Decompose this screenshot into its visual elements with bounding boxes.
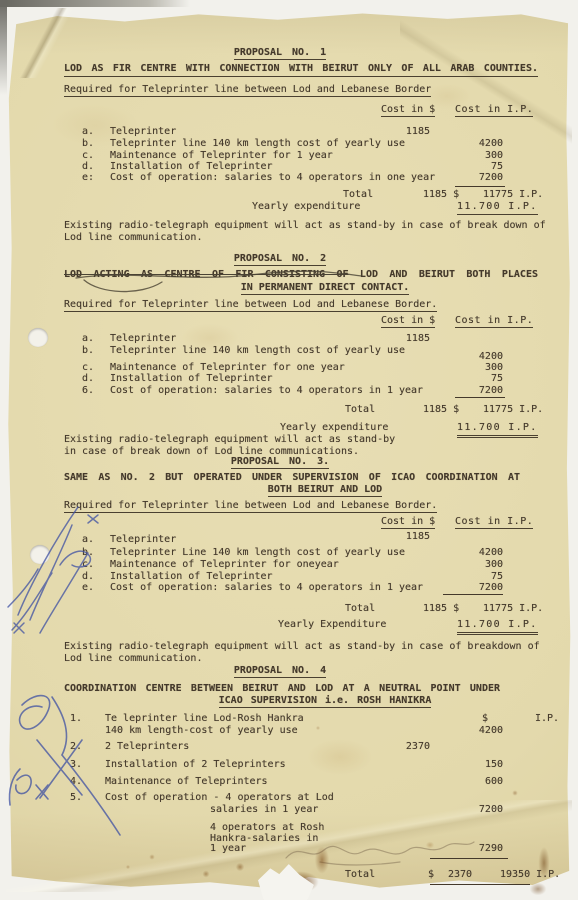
table-row: a.Teleprinter1185 [0, 534, 578, 546]
proposal-1-heading: PROPOSAL NO. 1 [40, 47, 520, 59]
column-header-cost-ip: Cost in I.P. [455, 516, 533, 528]
proposal-1-total-row: Total1185 $11775 I.P. [0, 189, 578, 201]
column-header-cost-ip: Cost in I.P. [455, 315, 533, 327]
total-rule [430, 858, 508, 859]
table-row: 4.Maintenance of Teleprinters600 [0, 776, 578, 788]
proposal-2-heading: PROPOSAL NO. 2 [40, 253, 520, 265]
table-row: 1 year7290 [0, 843, 578, 855]
total-rule [443, 594, 503, 595]
proposal-2-note: Existing radio-telegraph equipment will … [64, 434, 395, 446]
table-row: 5.Cost of operation - 4 operators at Lod [0, 792, 578, 804]
proposal-4-heading: PROPOSAL NO. 4 [40, 665, 520, 677]
column-header-cost-ip: Cost in I.P. [455, 104, 533, 116]
proposal-1-required: Required for Teleprinter line between Lo… [64, 84, 431, 96]
table-row: a.Teleprinter1185 [0, 333, 578, 345]
proposal-4-title-line2: ICAO SUPERVISION i.e. ROSH HANIKRA [135, 695, 515, 707]
proposal-3-yearly-row: Yearly Expenditure11.700 I.P. [0, 619, 578, 631]
table-row: e:Cost of operation: salaries to 4 opera… [0, 172, 578, 184]
proposal-2-required: Required for Teleprinter line between Lo… [64, 299, 437, 311]
proposal-1-yearly-row: Yearly expenditure11.700 I.P. [0, 201, 578, 213]
table-row: e.Cost of operation: salaries to 4 opera… [0, 582, 578, 594]
table-row: 6.Cost of operation: salaries to 4 opera… [0, 385, 578, 397]
column-header-cost-dollar: Cost in $ [381, 104, 435, 116]
scan-edge [0, 0, 7, 95]
proposal-3-note: Lod line communication. [64, 653, 202, 665]
proposal-4-title-line1: COORDINATION CENTRE BETWEEN BEIRUT AND L… [64, 683, 500, 695]
proposal-2-title-line2: IN PERMANENT DIRECT CONTACT. [135, 282, 515, 294]
table-row: 1.Te leprinter line Lod-Rosh Hankra$I.P. [0, 713, 578, 725]
table-row: a.Teleprinter1185 [0, 126, 578, 138]
proposal-1-note: Existing radio-telegraph equipment will … [64, 220, 546, 232]
proposal-1-note: Lod line communication. [64, 232, 202, 244]
table-row: salaries in 1 year7200 [0, 804, 578, 816]
proposal-3-total-row: Total1185 $11775 I.P. [0, 603, 578, 615]
proposal-3-heading: PROPOSAL NO. 3. [40, 456, 520, 468]
proposal-3-required: Required for Teleprinter line between Lo… [64, 500, 437, 512]
total-rule [455, 397, 505, 398]
total-rule [455, 186, 505, 187]
proposal-3-title-line1: SAME AS NO. 2 BUT OPERATED UNDER SUPERVI… [64, 472, 520, 484]
proposal-1-title: LOD AS FIR CENTRE WITH CONNECTION WITH B… [64, 63, 538, 77]
proposal-2-yearly-row: Yearly expenditure11.700 I.P. [0, 422, 578, 434]
table-row: 3.Installation of 2 Teleprinters150 [0, 759, 578, 771]
table-row: b.Teleprinter Line 140 km length cost of… [0, 547, 578, 559]
table-row: b.Teleprinter line 140 km length cost of… [0, 138, 578, 150]
scan-edge [0, 0, 190, 7]
proposal-3-title-line2: BOTH BEIRUT AND LOD [135, 484, 515, 496]
struck-text: LOD ACTING AS CENTRE OF FIR CONSISTING O… [64, 269, 349, 280]
scanned-document: PROPOSAL NO. 1 LOD AS FIR CENTRE WITH CO… [0, 0, 578, 900]
proposal-3-note: Existing radio-telegraph equipment will … [64, 641, 540, 653]
table-row: d.Installation of Teleprinter75 [0, 373, 578, 385]
proposal-2-total-row: Total1185 $11775 I.P. [0, 404, 578, 416]
proposal-2-title-line1: LOD ACTING AS CENTRE OF FIR CONSISTING O… [64, 269, 538, 281]
column-header-cost-dollar: Cost in $ [381, 516, 435, 528]
column-header-cost-dollar: Cost in $ [381, 315, 435, 327]
table-row: c.Maintenance of Teleprinter for oneyear… [0, 559, 578, 571]
table-row: 140 km length-cost of yearly use4200 [0, 725, 578, 737]
total-rule [430, 884, 530, 885]
table-row: 2.2 Teleprinters2370 [0, 741, 578, 753]
